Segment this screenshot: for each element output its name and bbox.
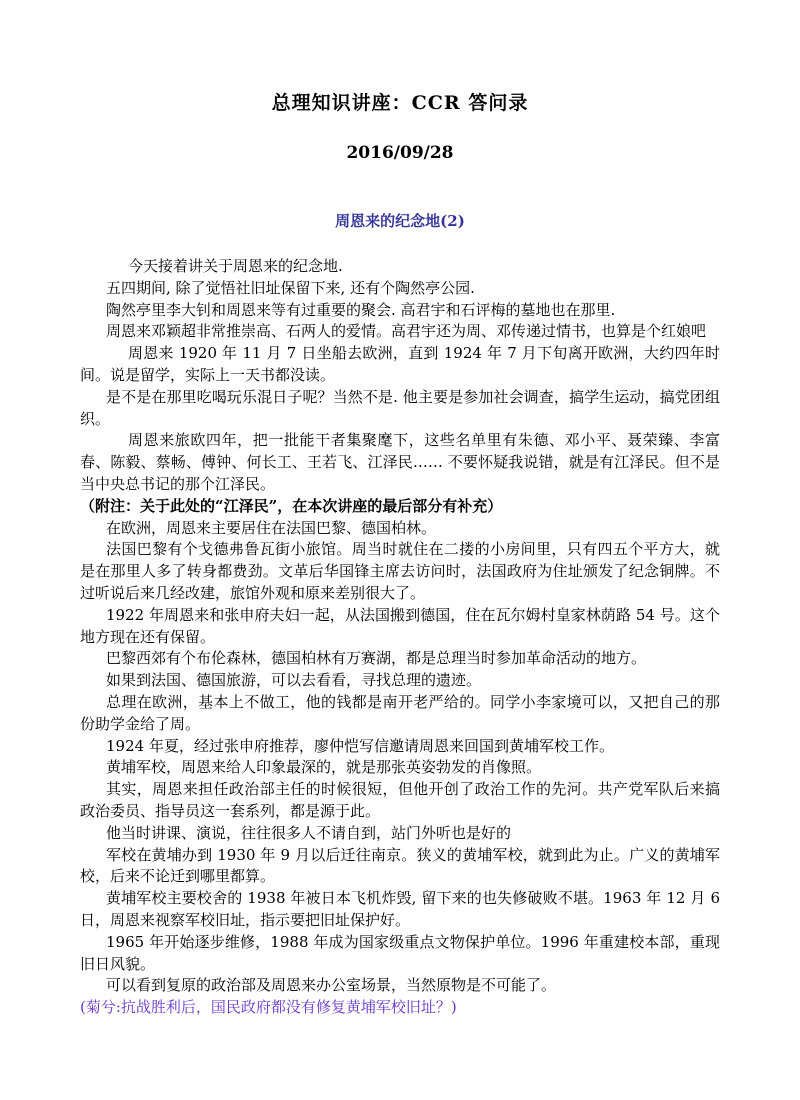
paragraph: 军校在黄埔办到 1930 年 9 月以后迁往南京。狭义的黄埔军校，就到此为止。广… xyxy=(80,845,720,889)
paragraph: 周恩来 1920 年 11 月 7 日坐船去欧洲，直到 1924 年 7 月下旬… xyxy=(80,343,720,387)
document-date: 2016/09/28 xyxy=(80,142,720,164)
paragraph: 黄埔军校主要校舍的 1938 年被日本飞机炸毁, 留下来的也失修破败不堪。196… xyxy=(80,888,720,932)
paragraph: 今天接着讲关于周恩来的纪念地. xyxy=(80,256,720,278)
reader-question-note: (菊兮:抗战胜利后，国民政府都没有修复黄埔军校旧址？) xyxy=(80,997,720,1019)
paragraph: 1924 年夏，经过张申府推荐，廖仲恺写信邀请周恩来回国到黄埔军校工作。 xyxy=(80,736,720,758)
document-title: 总理知识讲座：CCR 答问录 xyxy=(80,92,720,114)
paragraph: 1965 年开始逐步维修，1988 年成为国家级重点文物保护单位。1996 年重… xyxy=(80,932,720,976)
paragraph: 在欧洲，周恩来主要居住在法国巴黎、德国柏林。 xyxy=(80,518,720,540)
paragraph: 是不是在那里吃喝玩乐混日子呢？当然不是. 他主要是参加社会调查，搞学生运动，搞党… xyxy=(80,387,720,431)
paragraph: 五四期间, 除了觉悟社旧址保留下来, 还有个陶然亭公园. xyxy=(80,278,720,300)
paragraph: 周恩来邓颖超非常推崇高、石两人的爱情。高君宇还为周、邓传递过情书，也算是个红娘吧 xyxy=(80,321,720,343)
document-body: 今天接着讲关于周恩来的纪念地. 五四期间, 除了觉悟社旧址保留下来, 还有个陶然… xyxy=(80,256,720,1019)
section-heading: 周恩来的纪念地(2) xyxy=(80,211,720,232)
paragraph: 其实，周恩来担任政治部主任的时候很短，但他开创了政治工作的先河。共产党军队后来搞… xyxy=(80,779,720,823)
paragraph: 法国巴黎有个戈德弗鲁瓦街小旅馆。周当时就住在二搂的小房间里，只有四五个平方大，就… xyxy=(80,539,720,604)
paragraph: 总理在欧洲，基本上不做工，他的钱都是南开老严给的。同学小李家境可以，又把自己的那… xyxy=(80,692,720,736)
paragraph: 巴黎西郊有个布伦森林，德国柏林有万赛湖，都是总理当时参加革命活动的地方。 xyxy=(80,648,720,670)
paragraph: 黄埔军校，周恩来给人印象最深的，就是那张英姿勃发的肖像照。 xyxy=(80,757,720,779)
paragraph: 可以看到复原的政治部及周恩来办公室场景，当然原物是不可能了。 xyxy=(80,975,720,997)
paragraph: 他当时讲课、演说，往往很多人不请自到，站门外听也是好的 xyxy=(80,823,720,845)
paragraph: 周恩来旅欧四年，把一批能干者集聚麾下，这些名单里有朱德、邓小平、聂荣臻、李富春、… xyxy=(80,430,720,495)
paragraph: 陶然亭里李大钊和周恩来等有过重要的聚会. 高君宇和石评梅的墓地也在那里. xyxy=(80,300,720,322)
paragraph: 1922 年周恩来和张申府夫妇一起，从法国搬到德国，住在瓦尔姆村皇家林荫路 54… xyxy=(80,605,720,649)
paragraph: 如果到法国、德国旅游，可以去看看，寻找总理的遗迹。 xyxy=(80,670,720,692)
editor-note-paragraph: （附注：关于此处的“江泽民”，在本次讲座的最后部分有补充） xyxy=(80,496,720,518)
document-page: 总理知识讲座：CCR 答问录 2016/09/28 周恩来的纪念地(2) 今天接… xyxy=(80,0,720,1019)
